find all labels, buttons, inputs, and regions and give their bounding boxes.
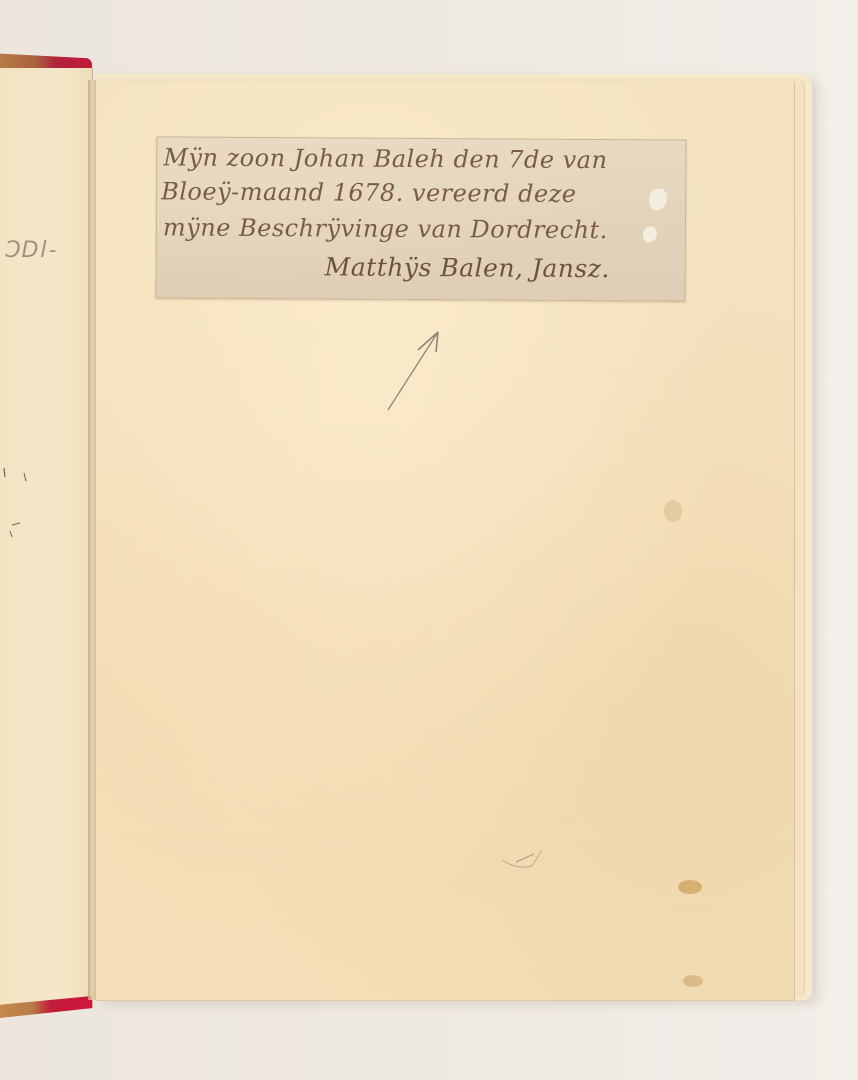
foxing-stain [664, 500, 682, 522]
foxing-stain [678, 880, 702, 894]
left-endpaper: ƆDl- [0, 68, 93, 1008]
left-margin-pencil-note: ƆDl- [4, 238, 58, 263]
pasted-provenance-label: Mÿn zoon Johan Baleh den 7de van Bloeÿ-m… [156, 136, 687, 301]
label-line-2: Bloeÿ-maand 1678. vereerd deze [161, 177, 576, 208]
label-line-1: Mÿn zoon Johan Baleh den 7de van [163, 143, 607, 174]
label-paper-loss [649, 188, 667, 210]
left-page-specks [2, 463, 42, 543]
label-signature: Matthÿs Balen, Jansz. [325, 252, 610, 283]
label-line-3: mÿne Beschrÿvinge van Dordrecht. [163, 213, 608, 244]
label-paper-loss [643, 226, 657, 242]
book-photo: ƆDl- Mÿn zoon Johan Baleh den 7de van Bl… [0, 0, 858, 1080]
spine-gutter [88, 80, 96, 1000]
foxing-stain [683, 975, 703, 987]
pencil-scribble [498, 846, 548, 876]
pencil-arrow-icon [380, 320, 460, 420]
